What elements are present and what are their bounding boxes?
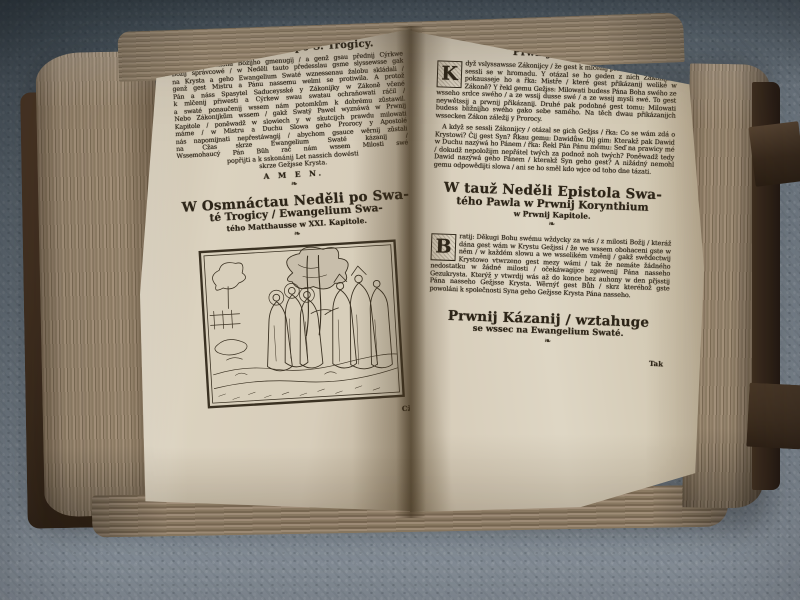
right-page-text-block: Prwnij Kázanij. Když vslyssawsse Zákonij… <box>423 44 678 492</box>
text-line: Wssemohaucý Pán Bůh rač nám wssem Milost… <box>176 140 408 161</box>
epistle-paragraph: Bratij: Děkugi Bohu swému wždycky za wás… <box>429 232 671 300</box>
decorated-initial-B: B <box>430 233 456 261</box>
epistle-heading-line3: w Prwnij Kapitole. <box>432 206 672 223</box>
woodcut-ground <box>213 353 399 400</box>
text-line: popřijti a k sskonánij Let nassich dowés… <box>177 147 409 168</box>
text-line: nás napomijnati nepřestáwagij / abychom … <box>175 125 407 146</box>
gospel-paragraph-2: A když se sessli Zákonijcy / otázal se g… <box>434 123 675 176</box>
section-heading-line1: W Osmnáctau Neděli po Swa- <box>179 187 411 215</box>
text-line: na Krysta a geho Ewangelium Swaté wzness… <box>172 65 404 86</box>
epistle-heading: W tauž Neděli Epistola Swa- tého Pawla w… <box>432 180 673 232</box>
printer-ornament: ❧ <box>178 172 410 195</box>
epistle-paragraph-text: ratij: Děkugi Bohu swému wždycky za wás … <box>429 232 671 299</box>
printer-ornament: ❧ <box>181 222 413 245</box>
section-heading-line3: tého Matthausse w XXI. Kapitole. <box>181 213 413 236</box>
text-line: na Cžas skrze Ewangelium Swaté kázanij / <box>176 132 408 153</box>
printer-ornament: ❧ <box>432 215 672 232</box>
woodcut-illustration <box>198 238 405 409</box>
sermon-heading-line1: Prwnij Kázanij / wztahuge <box>428 308 668 331</box>
woodcut-christ-group <box>263 281 334 371</box>
text-line: skrze Gežjsse Krysta. <box>177 155 409 176</box>
epistle-heading-line1: W tauž Neděli Epistola Swa- <box>433 180 673 203</box>
text-line: Pán a náss Spasytel Saduceysské y Zákoni… <box>173 80 405 101</box>
left-section-heading: W Osmnáctau Neděli po Swa- té Trogicy / … <box>179 187 413 245</box>
decorated-initial-K: K <box>437 60 463 88</box>
text-line: a swaté ponaučenij wssem nám potomkům k … <box>174 95 406 116</box>
text-line: Kapitole / poněwadž w slowiech y w skutc… <box>175 110 407 131</box>
left-page-text-block: W XVIII. Neděli po S. Trogicy. genž se z… <box>170 36 429 509</box>
woodcut-fence <box>210 309 241 329</box>
photo-open-antique-book: W XVIII. Neděli po S. Trogicy. genž se z… <box>0 0 800 600</box>
text-line: máme / w Mistru a Duchu Slowa geho Proro… <box>175 117 407 138</box>
amen-line: A M E N. <box>178 163 410 186</box>
left-page: W XVIII. Neděli po S. Trogicy. genž se z… <box>140 24 412 516</box>
woodcut-tree <box>286 245 353 336</box>
right-page: 563 Prwnij Kázanij. Když vslyssawsse Zák… <box>410 26 704 512</box>
woodcut-pharisee-group <box>322 264 392 371</box>
epistle-heading-line2: tého Pawla w Prwnij Korynthium <box>432 195 672 215</box>
leather-clasp-strap-upper <box>749 121 800 187</box>
book-gutter-shadow <box>396 26 426 518</box>
left-catchword: Cžas <box>192 403 424 426</box>
sermon-heading: Prwnij Kázanij / wztahuge se wssec na Ew… <box>428 308 669 349</box>
text-line: genž gest Mistru a Pánu nassemu welmi se… <box>172 73 404 94</box>
text-line: k mlčenij přiwesti a Cýrkew swau swatau … <box>173 88 405 109</box>
leather-clasp-strap-lower <box>746 383 800 450</box>
printer-ornament: ❧ <box>428 332 668 349</box>
section-heading-line2: té Trogicy / Ewangelium Swa- <box>180 201 412 226</box>
left-taper-lines: popřijti a k sskonánij Let nassich dowés… <box>177 147 409 176</box>
text-line: Nebo Zákonijkům wssem / gakž Swatý Pawel… <box>174 103 406 124</box>
right-catchword: Tak <box>427 351 667 368</box>
sermon-heading-line2: se wssec na Ewangelium Swaté. <box>428 323 668 340</box>
